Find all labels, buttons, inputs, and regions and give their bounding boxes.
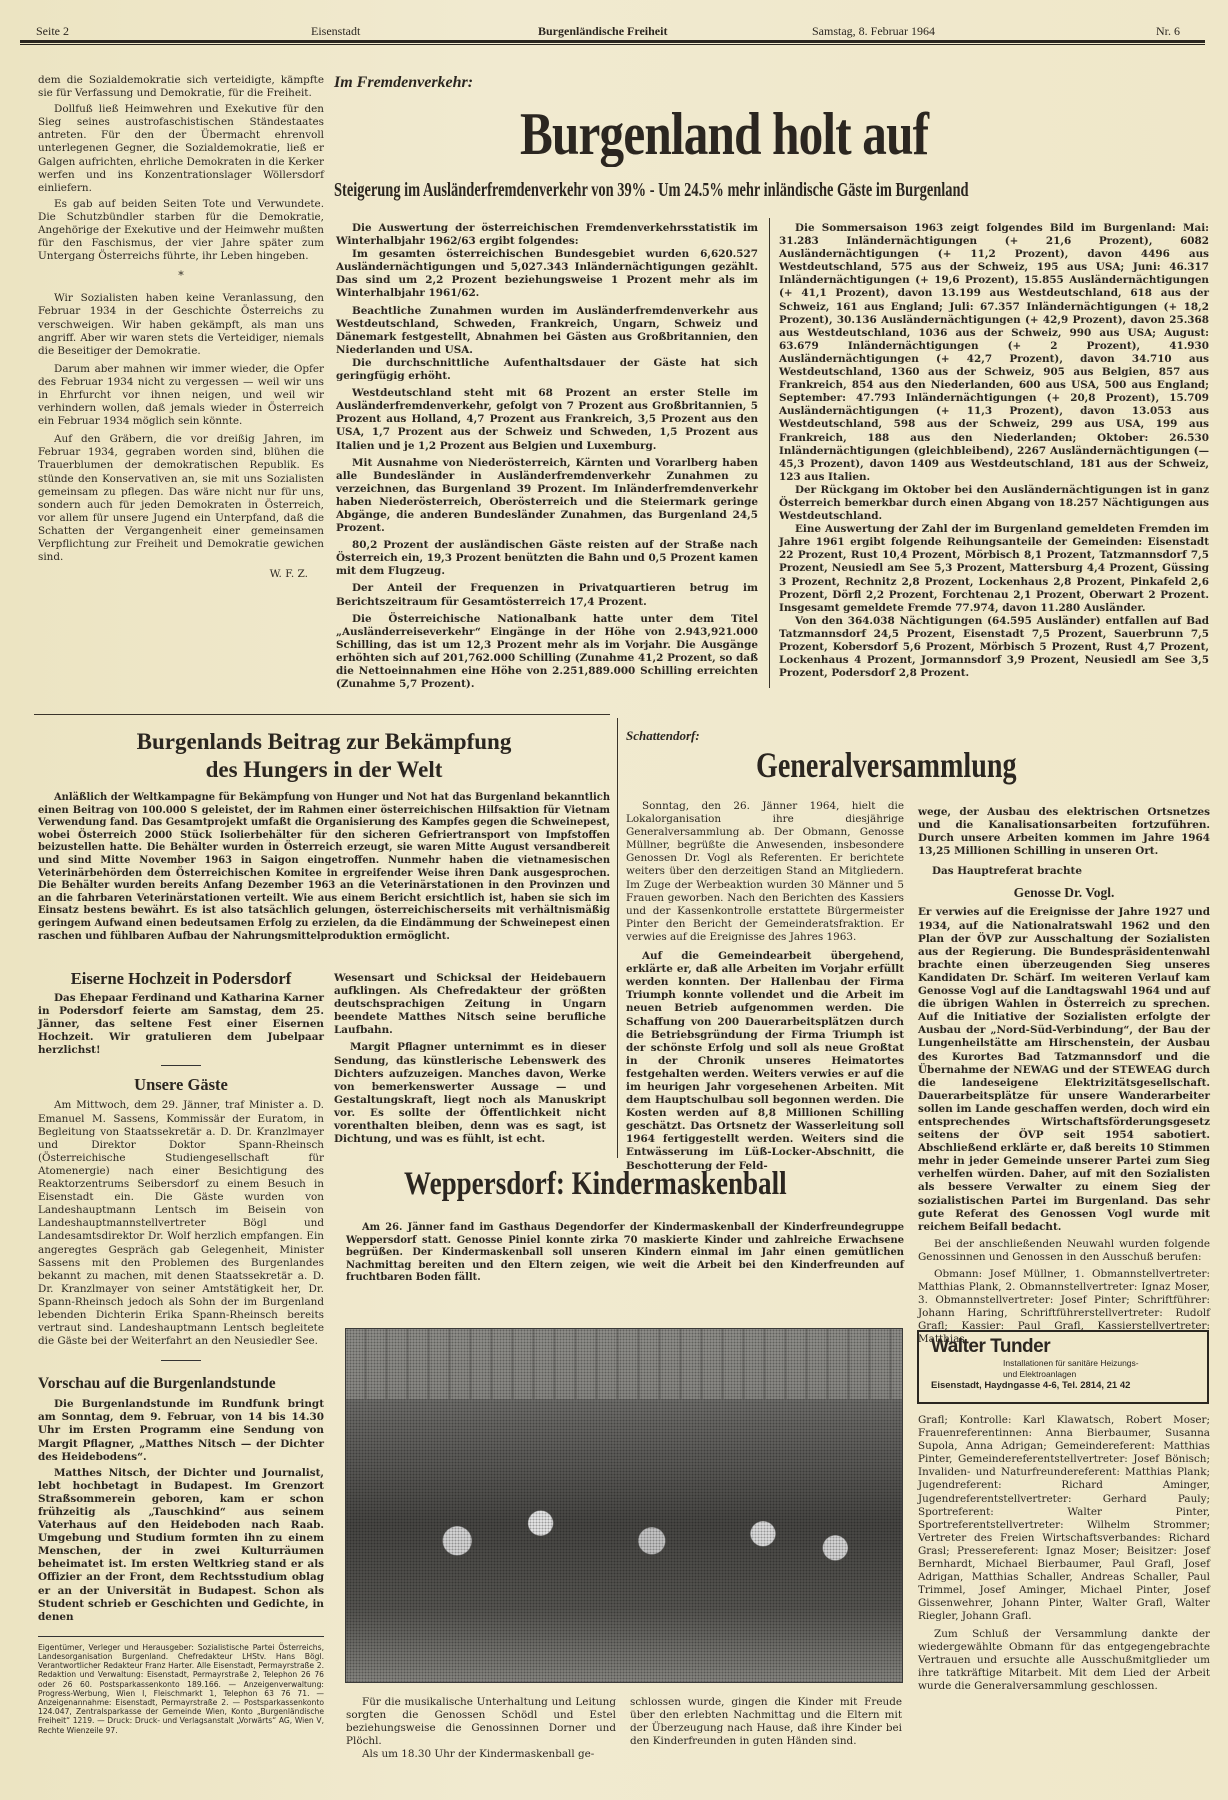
paragraph: Die Auswertung der österreichischen Frem… bbox=[336, 222, 758, 248]
paragraph: Die Burgenlandstunde im Rundfunk bringt … bbox=[38, 1398, 324, 1463]
issue-number: Nr. 6 bbox=[1156, 24, 1180, 39]
tourism-column-2: Die Sommersaison 1963 zeigt folgendes Bi… bbox=[779, 222, 1209, 680]
paragraph: Auf die Gemeindearbeit übergehend, erklä… bbox=[626, 950, 904, 1173]
section-rule bbox=[34, 714, 610, 715]
column-divider bbox=[617, 718, 618, 1158]
paragraph: Wesensart und Schicksal der Heidebauern … bbox=[334, 972, 606, 1037]
masquerade-caption-col1: Für die musikalische Unterhaltung und Le… bbox=[346, 1696, 616, 1761]
left-lower-column: Eiserne Hochzeit in Podersdorf Das Ehepa… bbox=[38, 968, 324, 1735]
guests-headline: Unsere Gäste bbox=[38, 1074, 324, 1096]
ad-line-1: Installationen für sanitäre Heizungs- bbox=[931, 1358, 1195, 1369]
column-divider bbox=[769, 218, 770, 688]
paragraph: Beachtliche Zunahmen wurden im Ausländer… bbox=[336, 305, 758, 357]
divider bbox=[161, 1360, 201, 1361]
paragraph: wege, der Ausbau des elektrischen Ortsne… bbox=[918, 806, 1210, 858]
masquerade-intro: Am 26. Jänner fand im Gasthaus Degendorf… bbox=[346, 1222, 904, 1285]
paragraph: Eine Auswertung der Zahl der im Burgenla… bbox=[779, 523, 1209, 615]
paragraph: Die durchschnittliche Aufenthaltsdauer d… bbox=[336, 357, 758, 383]
impressum-rule bbox=[38, 1636, 324, 1637]
paragraph: Bei der anschließenden Neuwahl wurden fo… bbox=[918, 1238, 1210, 1264]
paragraph: Für die musikalische Unterhaltung und Le… bbox=[346, 1696, 616, 1748]
paragraph: Das Ehepaar Ferdinand und Katharina Karn… bbox=[38, 992, 324, 1057]
paragraph: Dollfuß ließ Heimwehren und Exekutive fü… bbox=[38, 103, 324, 195]
photo-halftone bbox=[346, 1329, 902, 1682]
paragraph: Die Sommersaison 1963 zeigt folgendes Bi… bbox=[779, 222, 1209, 484]
assembly-column-2-continued: Grafl; Kontrolle: Karl Klawatsch, Robert… bbox=[918, 1414, 1210, 1693]
author-signature: W. F. Z. bbox=[38, 568, 324, 580]
ad-company-name: Walter Tunder bbox=[931, 1336, 1195, 1358]
ad-address: Eisenstadt, Haydngasse 4-6, Tel. 2814, 2… bbox=[931, 1380, 1195, 1391]
impressum-text: Eigentümer, Verleger und Herausgeber: So… bbox=[38, 1643, 324, 1735]
paragraph: Die Österreichische Nationalbank hatte u… bbox=[336, 613, 758, 692]
assembly-column-1: Sonntag, den 26. Jänner 1964, hielt die … bbox=[626, 800, 904, 1173]
tourism-headline-wrap: Burgenland holt auf bbox=[520, 100, 1040, 170]
assembly-kicker: Schattendorf: bbox=[626, 728, 700, 744]
paragraph: Am 26. Jänner fand im Gasthaus Degendorf… bbox=[346, 1222, 904, 1285]
paragraph: Grafl; Kontrolle: Karl Klawatsch, Robert… bbox=[918, 1414, 1210, 1624]
divider bbox=[161, 1065, 201, 1066]
tourism-subheadline: Steigerung im Ausländerfremdenverkehr vo… bbox=[334, 180, 969, 202]
paragraph: Westdeutschland steht mit 68 Prozent an … bbox=[336, 387, 758, 452]
masthead-date: Samstag, 8. Februar 1964 bbox=[812, 24, 935, 39]
tourism-kicker: Im Fremdenverkehr: bbox=[334, 74, 473, 92]
radio-headline: Vorschau auf die Burgenlandstunde bbox=[38, 1373, 324, 1395]
paragraph: Als um 18.30 Uhr der Kindermaskenball ge… bbox=[346, 1748, 616, 1761]
paragraph: schlossen wurde, gingen die Kinder mit F… bbox=[630, 1696, 902, 1748]
main-talk-intro: Das Hauptreferat brachte bbox=[932, 865, 1210, 878]
tourism-subheadline-wrap: Steigerung im Ausländerfremdenverkehr vo… bbox=[334, 180, 1214, 202]
paragraph: Mit Ausnahme von Niederösterreich, Kärnt… bbox=[336, 457, 758, 536]
assembly-headline: Generalversammlung bbox=[756, 744, 1016, 786]
paragraph: Am Mittwoch, dem 29. Jänner, traf Minist… bbox=[38, 1099, 324, 1348]
page-number: Seite 2 bbox=[36, 24, 69, 39]
paragraph: Sonntag, den 26. Jänner 1964, hielt die … bbox=[626, 800, 904, 944]
tourism-column-1: Die Auswertung der österreichischen Frem… bbox=[336, 222, 758, 691]
paragraph: 80,2 Prozent der ausländischen Gäste rei… bbox=[336, 539, 758, 578]
group-photo bbox=[345, 1328, 903, 1683]
main-talk-speaker: Genosse Dr. Vogl. bbox=[918, 882, 1210, 904]
assembly-headline-wrap: Generalversammlung bbox=[756, 744, 1090, 786]
advertisement-box: Walter Tunder Installationen für sanitär… bbox=[917, 1330, 1209, 1404]
hunger-headline-line2: des Hungers in der Welt bbox=[38, 756, 610, 784]
paragraph: dem die Sozialdemokratie sich verteidigt… bbox=[38, 74, 324, 100]
hunger-headline-line1: Burgenlands Beitrag zur Bekämpfung bbox=[38, 728, 610, 756]
ad-line-2: und Elektroanlagen bbox=[931, 1369, 1195, 1380]
masquerade-headline-wrap: Weppersdorf: Kindermaskenball bbox=[404, 1166, 871, 1203]
hunger-article: Burgenlands Beitrag zur Bekämpfung des H… bbox=[38, 728, 610, 943]
tourism-headline: Burgenland holt auf bbox=[520, 100, 928, 169]
paragraph: Auf den Gräbern, die vor dreißig Jahren,… bbox=[38, 433, 324, 564]
paragraph: Zum Schluß der Versammlung dankte der wi… bbox=[918, 1628, 1210, 1693]
asterisk-divider: * bbox=[38, 269, 324, 282]
masthead-rule bbox=[20, 40, 1205, 45]
paragraph: Im gesamten österreichischen Bundesgebie… bbox=[336, 248, 758, 300]
radio-continuation: Wesensart und Schicksal der Heidebauern … bbox=[334, 972, 606, 1146]
wedding-headline: Eiserne Hochzeit in Podersdorf bbox=[38, 968, 324, 990]
masquerade-headline: Weppersdorf: Kindermaskenball bbox=[404, 1166, 787, 1203]
paragraph: Der Rückgang im Oktober bei den Auslände… bbox=[779, 484, 1209, 523]
newspaper-page: Seite 2 Eisenstadt Burgenländische Freih… bbox=[0, 0, 1228, 1800]
masthead-city: Eisenstadt bbox=[311, 24, 360, 39]
paper-name: Burgenländische Freiheit bbox=[538, 24, 667, 39]
assembly-column-2: wege, der Ausbau des elektrischen Ortsne… bbox=[918, 806, 1210, 1347]
paragraph: Wir Sozialisten haben keine Veranlassung… bbox=[38, 292, 324, 357]
paragraph: Anläßlich der Weltkampagne für Bekämpfun… bbox=[38, 792, 610, 943]
masquerade-caption-col2: schlossen wurde, gingen die Kinder mit F… bbox=[630, 1696, 902, 1748]
paragraph: Matthes Nitsch, der Dichter und Journali… bbox=[38, 1467, 324, 1624]
paragraph: Von den 364.038 Nächtigungen (64.595 Aus… bbox=[779, 615, 1209, 680]
paragraph: Der Anteil der Frequenzen in Privatquart… bbox=[336, 582, 758, 608]
left-column-article: dem die Sozialdemokratie sich verteidigt… bbox=[38, 74, 324, 580]
paragraph: Es gab auf beiden Seiten Tote und Verwun… bbox=[38, 198, 324, 263]
paragraph: Darum aber mahnen wir immer wieder, die … bbox=[38, 363, 324, 428]
paragraph: Margit Pflagner unternimmt es in dieser … bbox=[334, 1041, 606, 1146]
paragraph: Er verwies auf die Ereignisse der Jahre … bbox=[918, 906, 1210, 1233]
impressum: Eigentümer, Verleger und Herausgeber: So… bbox=[38, 1643, 324, 1735]
